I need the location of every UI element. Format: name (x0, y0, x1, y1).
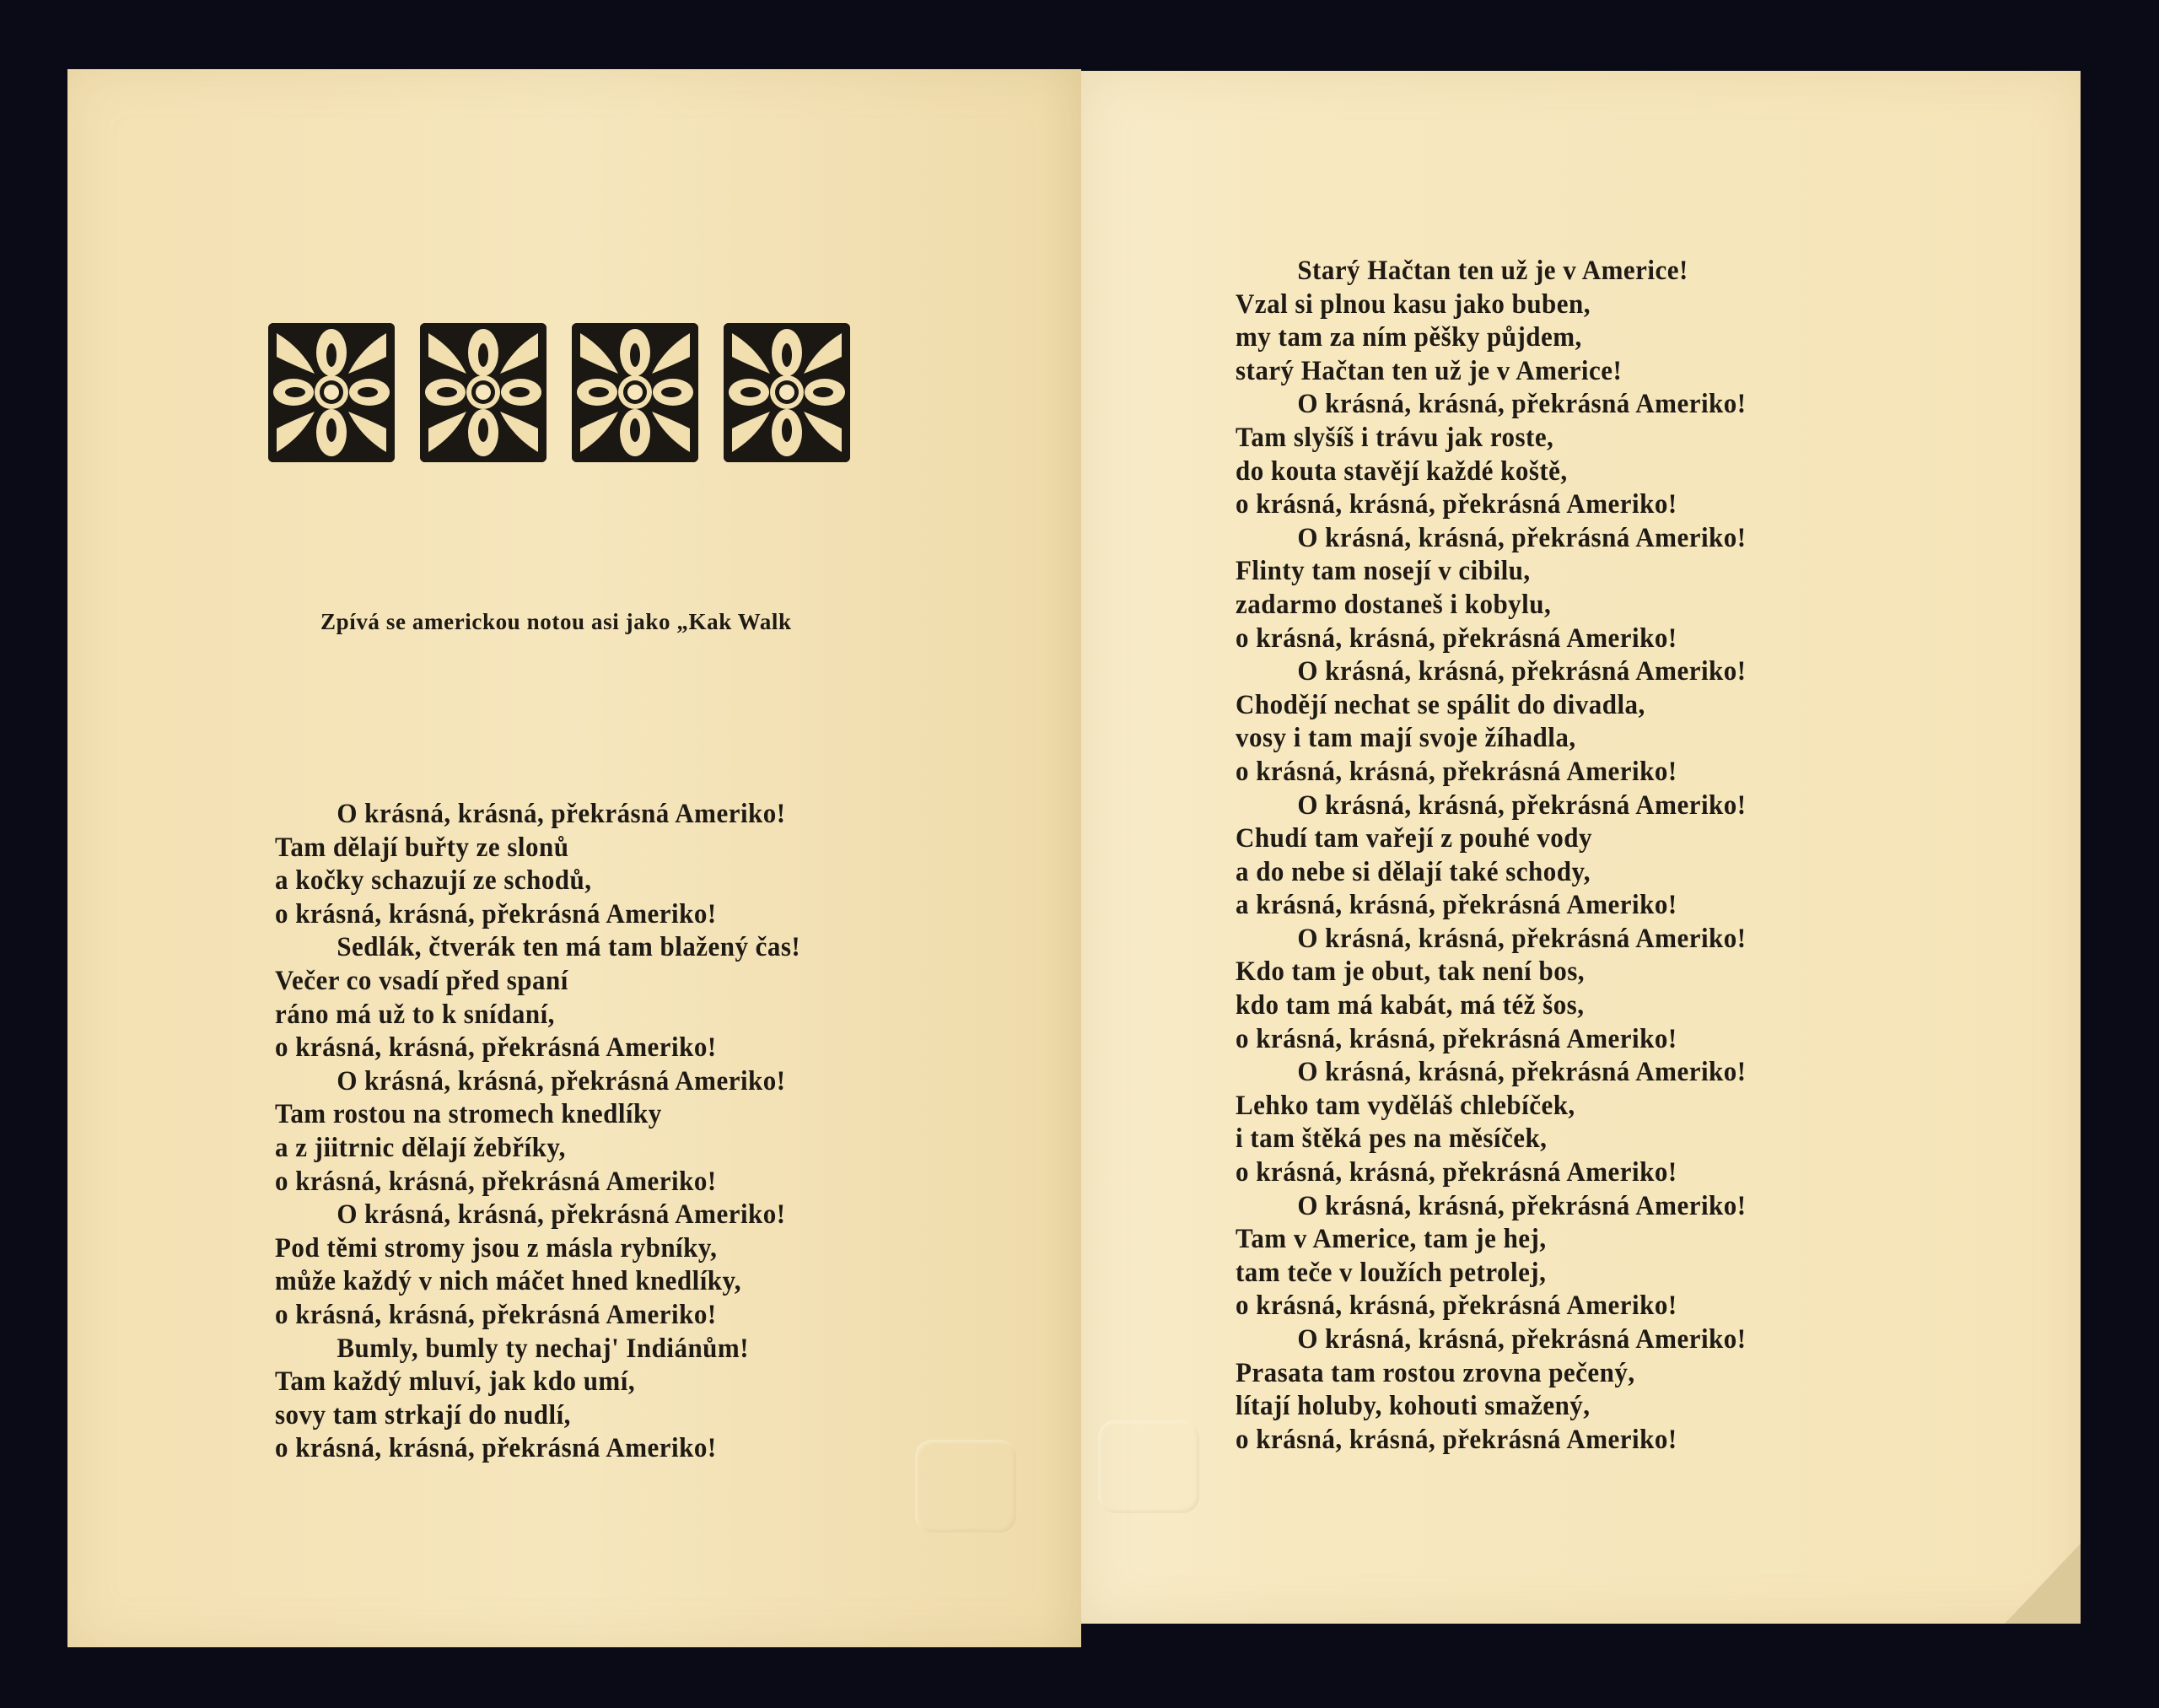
verse-refrain-line: O krásná, krásná, překrásná Ameriko! (1236, 789, 1747, 823)
verse-line: o krásná, krásná, překrásná Ameriko! (1236, 1156, 1747, 1190)
verse-line: o krásná, krásná, překrásná Ameriko! (1236, 1290, 1747, 1323)
verse-line: Tam každý mluví, jak kdo umí, (275, 1366, 800, 1399)
verse-refrain-line: O krásná, krásná, překrásná Ameriko! (1236, 655, 1747, 689)
verse-line: o krásná, krásná, překrásná Ameriko! (275, 1299, 800, 1333)
verse-line: může každý v nich máčet hned knedlíky, (275, 1265, 800, 1299)
verse-line: Chodějí nechat se spálit do divadla, (1236, 689, 1747, 723)
rosette-ornament-icon (420, 323, 546, 462)
rosette-ornament-icon (572, 323, 698, 462)
verse-line: Tam dělají buřty ze slonů (275, 832, 800, 865)
verse-line: my tam za ním pěšky půjdem, (1236, 321, 1747, 355)
verse-line: Lehko tam vyděláš chlebíček, (1236, 1090, 1747, 1123)
verse-line: Vzal si plnou kasu jako buben, (1236, 288, 1747, 322)
verse-line: o krásná, krásná, překrásná Ameriko! (275, 898, 800, 932)
verse-line: Kdo tam je obut, tak není bos, (1236, 956, 1747, 989)
verse-line: o krásná, krásná, překrásná Ameriko! (275, 1166, 800, 1199)
verse-line: Pod těmi stromy jsou z másla rybníky, (275, 1232, 800, 1266)
verse-line: tam teče v loužích petrolej, (1236, 1257, 1747, 1290)
verse-refrain-line: Bumly, bumly ty nechaj' Indiánům! (275, 1333, 800, 1366)
verse-refrain-line: O krásná, krásná, překrásná Ameriko! (275, 1065, 800, 1099)
right-verse-block: Starý Hačtan ten už je v Americe!Vzal si… (1236, 255, 1747, 1457)
verse-refrain-line: Sedlák, čtverák ten má tam blažený čas! (275, 931, 800, 965)
embossed-stamp (915, 1440, 1016, 1533)
verse-line: o krásná, krásná, překrásná Ameriko! (275, 1432, 800, 1466)
verse-line: Tam slyšíš i trávu jak roste, (1236, 422, 1747, 455)
verse-line: Tam v Americe, tam je hej, (1236, 1223, 1747, 1257)
verse-line: a do nebe si dělají také schody, (1236, 856, 1747, 890)
verse-line: Prasata tam rostou zrovna pečený, (1236, 1357, 1747, 1391)
verse-refrain-line: O krásná, krásná, překrásná Ameriko! (1236, 1190, 1747, 1224)
verse-refrain-line: O krásná, krásná, překrásná Ameriko! (275, 1199, 800, 1232)
rosette-ornament-icon (268, 323, 395, 462)
verse-line: o krásná, krásná, překrásná Ameriko! (1236, 1023, 1747, 1057)
verse-line: starý Hačtan ten už je v Americe! (1236, 355, 1747, 389)
left-verse-block: O krásná, krásná, překrásná Ameriko!Tam … (275, 798, 800, 1466)
verse-line: do kouta stavějí každé koště, (1236, 455, 1747, 489)
verse-line: zadarmo dostaneš i kobylu, (1236, 589, 1747, 622)
verse-refrain-line: O krásná, krásná, překrásná Ameriko! (275, 798, 800, 832)
verse-line: i tam štěká pes na měsíček, (1236, 1123, 1747, 1156)
verse-refrain-line: O krásná, krásná, překrásná Ameriko! (1236, 1323, 1747, 1357)
verse-line: a kočky schazují ze schodů, (275, 865, 800, 898)
verse-line: ráno má už to k snídaní, (275, 999, 800, 1032)
rosette-ornament-icon (724, 323, 850, 462)
verse-line: sovy tam strkají do nudlí, (275, 1399, 800, 1433)
verse-line: a z jiitrnic dělají žebříky, (275, 1132, 800, 1166)
embossed-stamp (1098, 1420, 1199, 1513)
verse-refrain-line: O krásná, krásná, překrásná Ameriko! (1236, 522, 1747, 556)
verse-refrain-line: O krásná, krásná, překrásná Ameriko! (1236, 388, 1747, 422)
verse-refrain-line: O krásná, krásná, překrásná Ameriko! (1236, 923, 1747, 956)
verse-line: kdo tam má kabát, má též šos, (1236, 989, 1747, 1023)
verse-line: vosy i tam mají svoje žíhadla, (1236, 722, 1747, 756)
verse-refrain-line: O krásná, krásná, překrásná Ameriko! (1236, 1056, 1747, 1090)
verse-line: o krásná, krásná, překrásná Ameriko! (1236, 488, 1747, 522)
song-subtitle: Zpívá se americkou notou asi jako „Kak W… (320, 609, 792, 635)
verse-line: o krásná, krásná, překrásná Ameriko! (1236, 756, 1747, 789)
folded-corner (2005, 1544, 2081, 1624)
ornament-row (268, 323, 850, 462)
verse-line: Večer co vsadí před spaní (275, 965, 800, 999)
verse-line: Flinty tam nosejí v cibilu, (1236, 555, 1747, 589)
verse-line: Chudí tam vařejí z pouhé vody (1236, 822, 1747, 856)
verse-refrain-line: Starý Hačtan ten už je v Americe! (1236, 255, 1747, 288)
verse-line: Tam rostou na stromech knedlíky (275, 1098, 800, 1132)
verse-line: a krásná, krásná, překrásná Ameriko! (1236, 889, 1747, 923)
verse-line: o krásná, krásná, překrásná Ameriko! (1236, 622, 1747, 656)
verse-line: o krásná, krásná, překrásná Ameriko! (275, 1032, 800, 1065)
verse-line: lítají holuby, kohouti smažený, (1236, 1390, 1747, 1424)
verse-line: o krásná, krásná, překrásná Ameriko! (1236, 1424, 1747, 1457)
